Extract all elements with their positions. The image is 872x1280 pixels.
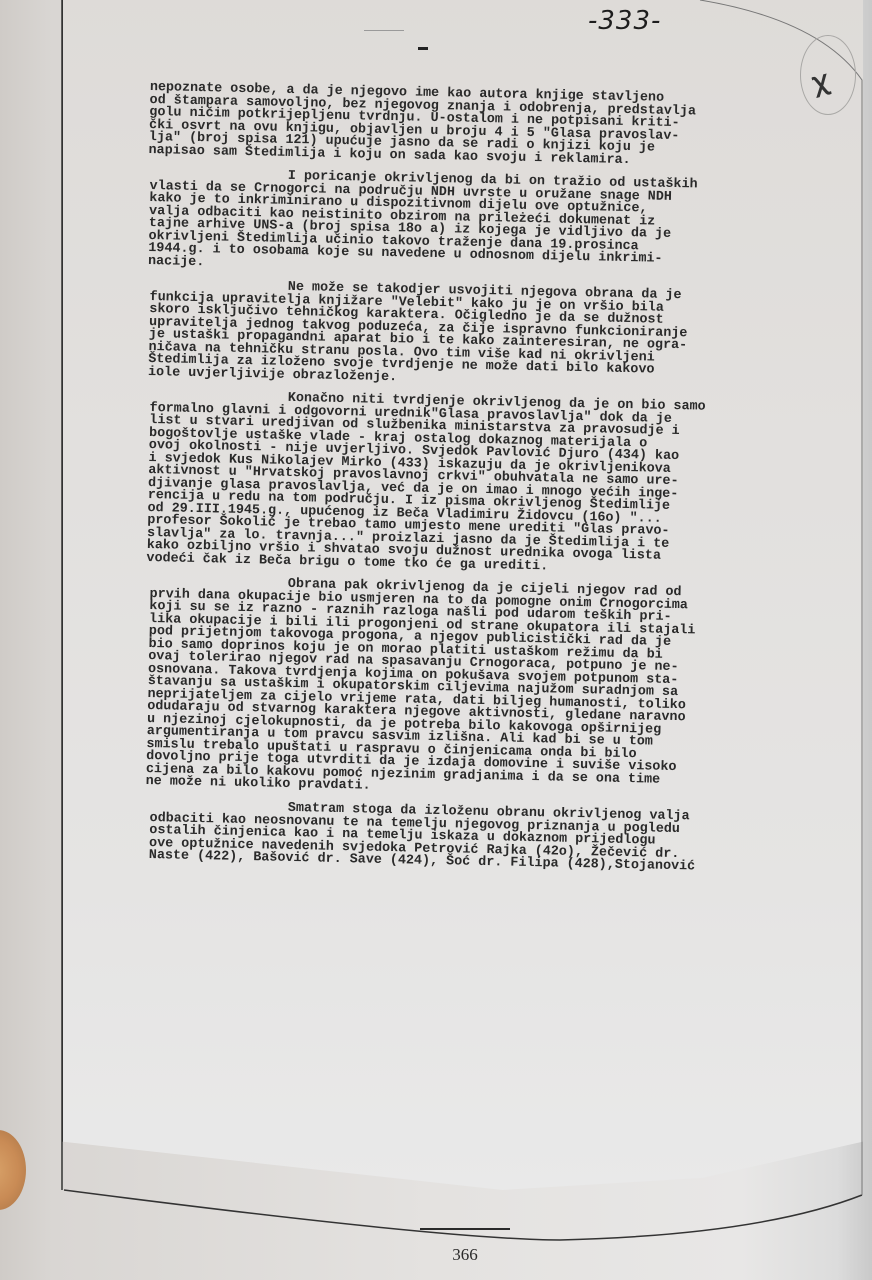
paragraph: Ne može se takodjer usvojiti njegova obr…: [148, 279, 870, 394]
handwritten-page-number: -333-: [588, 6, 661, 36]
faint-mark: [364, 30, 404, 31]
paragraph: nepoznate osobe, a da je njegovo ime kao…: [148, 82, 869, 172]
document-body: nepoznate osobe, a da je njegovo ime kao…: [150, 82, 870, 873]
paragraph: Konačno niti tvrdjenje okrivljenog da je…: [146, 390, 870, 580]
printed-page-number: 366: [440, 1245, 490, 1265]
page-rule: [420, 1228, 510, 1230]
paragraph: Obrana pak okrivljenog da je cijeli njeg…: [146, 576, 870, 804]
paragraph: I poricanje okrivljenog da bi on tražio …: [148, 168, 870, 283]
dash-mark: [418, 47, 428, 50]
paragraph: Smatram stoga da izloženu obranu okrivlj…: [149, 800, 870, 878]
